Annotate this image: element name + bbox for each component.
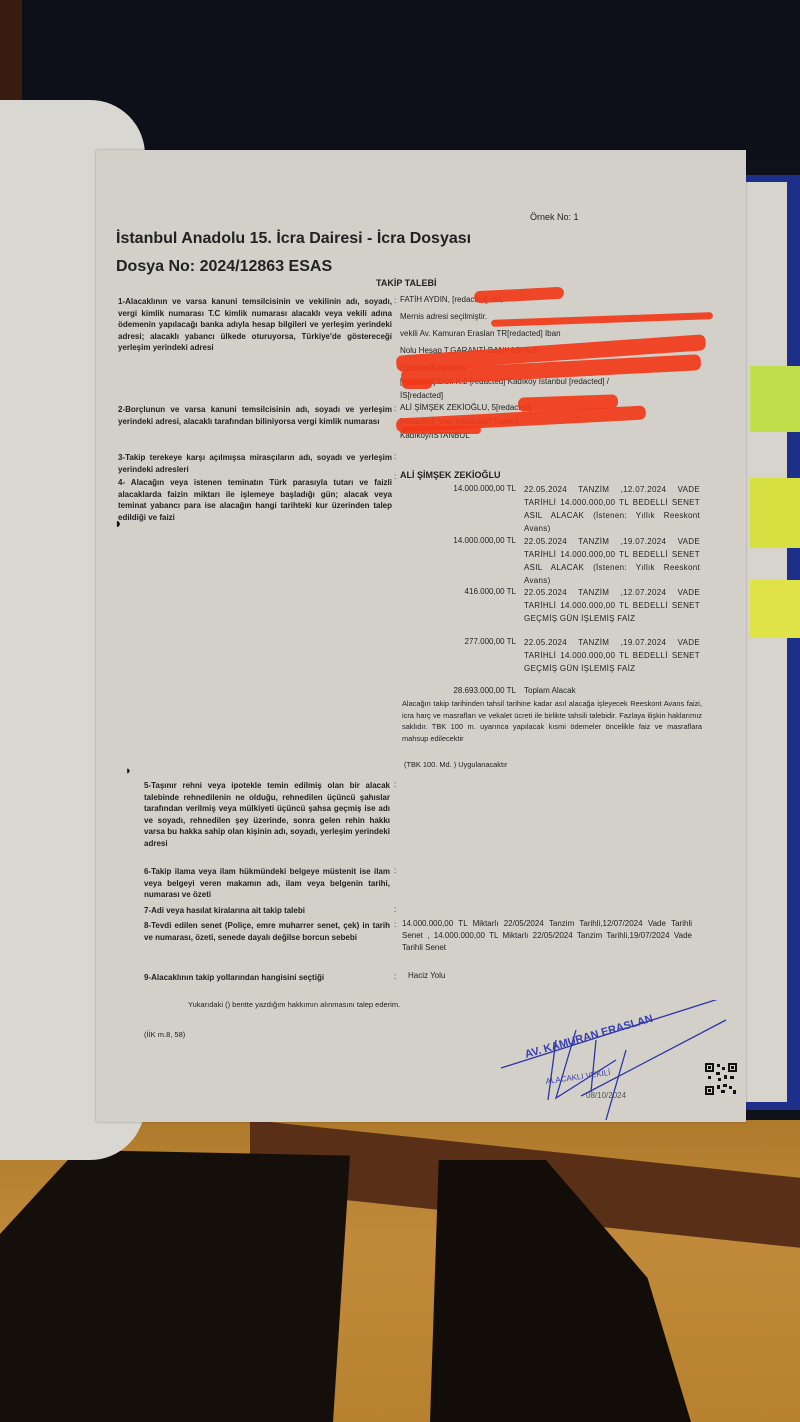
signature-stamp: AV. KAMURAN ERASLAN ALACAKLI VEKİLİ 08/1… [496,1000,736,1120]
qr-code-icon [704,1062,738,1096]
colon: : [394,920,396,929]
sticky-tab [750,366,800,432]
section-9-value: Haciz Yolu [408,971,445,980]
colon: : [394,780,396,789]
claim-description: 22.05.2024 TANZİM ,19.07.2024 VADE TARİH… [524,636,700,675]
claim-amount: 14.000.000,00 TL [426,536,516,545]
claim-description: 22.05.2024 TANZİM ,12.07.2024 VADE TARİH… [524,586,700,625]
background-object [0,0,22,100]
claim-note: Alacağın takip tarihinden tahsil tarihin… [402,698,702,744]
document-page: Örnek No: 1 İstanbul Anadolu 15. İcra Da… [96,150,746,1122]
colon: : [394,972,396,981]
section-9-label: 9-Alacaklının takip yollarından hangisin… [144,972,390,984]
debtor-name: ALİ ŞİMŞEK ZEKİOĞLU [400,470,501,480]
section-4-label: 4- Alacağın veya istenen teminatın Türk … [118,477,392,523]
svg-text:ALACAKLI VEKİLİ: ALACAKLI VEKİLİ [545,1068,611,1086]
svg-text:AV. KAMURAN ERASLAN: AV. KAMURAN ERASLAN [524,1013,655,1061]
document-title: İstanbul Anadolu 15. İcra Dairesi - İcra… [116,230,471,248]
total-amount: 28.693.000,00 TL [426,686,516,695]
legal-reference: (İİK m.8, 58) [144,1030,185,1039]
claim-amount: 416.000,00 TL [426,587,516,596]
colon: : [394,296,396,305]
section-7-label: 7-Adi veya hasılat kiralarına ait takip … [144,905,390,917]
section-5-label: 5-Taşınır rehni veya ipotekle temin edil… [144,780,390,849]
hole-punch-mark: ◗ [125,765,132,777]
section-3-label: 3-Takip terekeye karşı açılmışsa mirasçı… [118,452,392,475]
leg-left [0,1150,350,1422]
total-label: Toplam Alacak [524,686,576,695]
claim-description: 22.05.2024 TANZİM ,19.07.2024 VADE TARİH… [524,535,700,587]
underlying-page [742,182,787,1102]
form-title: TAKİP TALEBİ [376,278,437,288]
sample-number: Örnek No: 1 [530,212,579,222]
svg-text:08/10/2024: 08/10/2024 [586,1091,627,1100]
claim-amount: 277.000,00 TL [426,637,516,646]
section-8-value: 14.000.000,00 TL Miktarlı 22/05/2024 Tan… [402,918,692,954]
colon: : [394,472,396,481]
section-8-label: 8-Tevdi edilen senet (Poliçe, emre muhar… [144,920,390,943]
claim-amount: 14.000.000,00 TL [426,484,516,493]
claim-note-tbk: (TBK 100. Md. ) Uygulanacaktır [404,760,508,769]
hole-punch-mark: ◗ [114,515,122,531]
sticky-tab [750,580,800,638]
colon: : [394,404,396,413]
signature-icon: AV. KAMURAN ERASLAN ALACAKLI VEKİLİ 08/1… [496,1000,736,1120]
colon: : [394,452,396,461]
file-number: Dosya No: 2024/12863 ESAS [116,258,332,276]
closing-statement: Yukarıdaki () bentte yazdığım hakkımın a… [188,1000,400,1009]
redaction-mark [402,379,432,389]
claim-description: 22.05.2024 TANZİM ,12.07.2024 VADE TARİH… [524,483,700,535]
section-1-label: 1-Alacaklının ve varsa kanuni temsilcisi… [118,296,392,354]
redaction-mark [401,426,481,434]
section-6-label: 6-Takip ilama veya ilam hükmündeki belge… [144,866,390,901]
section-2-label: 2-Borçlunun ve varsa kanuni temsilcisini… [118,404,392,427]
colon: : [394,905,396,914]
colon: : [394,866,396,875]
sticky-tab [750,478,800,548]
